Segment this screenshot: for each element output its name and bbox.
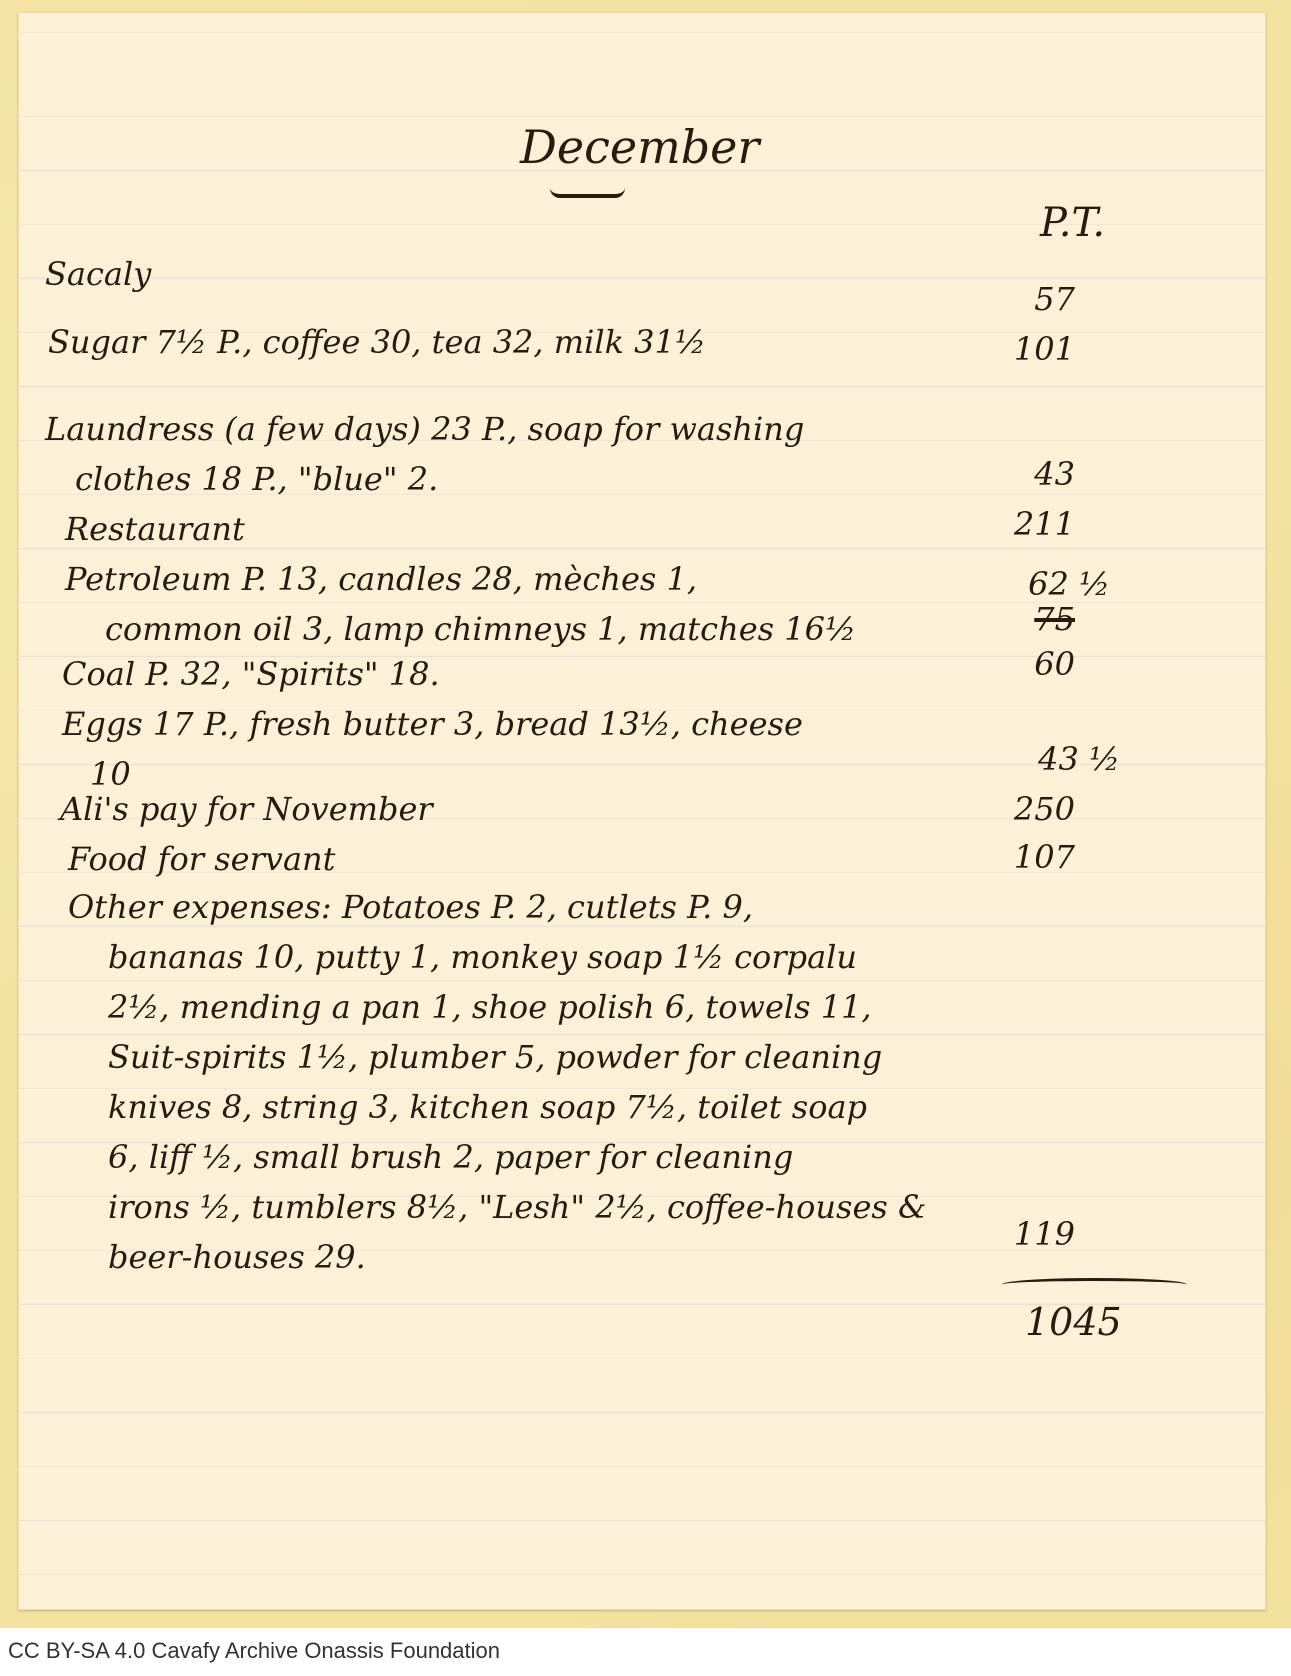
entry-amount: 57 [965,280,1075,318]
entry-text: irons ½, tumblers 8½, "Lesh" 2½, coffee-… [108,1188,926,1226]
entry-amount: 250 [965,790,1075,828]
entry-amount: 119 [965,1215,1075,1253]
entry-text: Food for servant [68,840,336,878]
currency-header: P.T. [1040,200,1105,246]
entry-text: 6, liff ½, small brush 2, paper for clea… [108,1138,793,1176]
entry-text: Coal P. 32, "Spirits" 18. [62,655,440,693]
entry-text: common oil 3, lamp chimneys 1, matches 1… [105,610,856,648]
license-caption: CC BY-SA 4.0 Cavafy Archive Onassis Foun… [8,1638,500,1664]
entry-amount: 43 [965,455,1075,493]
entry-text: knives 8, string 3, kitchen soap 7½, toi… [108,1088,867,1126]
entry-amount: 60 [965,645,1075,683]
entry-text: clothes 18 P., "blue" 2. [75,460,438,498]
entry-amount: 62 ½ [1000,565,1110,603]
entry-amount: 101 [965,330,1075,368]
entry-amount: 107 [965,838,1075,876]
entry-text: Suit-spirits 1½, plumber 5, powder for c… [108,1038,882,1076]
entry-text: beer-houses 29. [108,1238,366,1276]
entry-text: 10 [90,755,131,793]
entry-text: Ali's pay for November [60,790,433,828]
entry-text: 2½, mending a pan 1, shoe polish 6, towe… [108,988,872,1026]
entry-amount-struck: 75 [965,600,1075,638]
entry-text: bananas 10, putty 1, monkey soap 1½ corp… [108,938,857,976]
entry-amount: 211 [965,505,1075,543]
title-underline [550,188,625,198]
entry-text: Eggs 17 P., fresh butter 3, bread 13½, c… [62,705,803,743]
page-title: December [520,120,759,174]
entry-text: Sacaly [45,255,151,293]
entry-text: Restaurant [65,510,245,548]
entry-text: Petroleum P. 13, candles 28, mèches 1, [65,560,697,598]
entry-text: Other expenses: Potatoes P. 2, cutlets P… [68,888,753,926]
total-rule [1002,1278,1187,1291]
entry-text: Sugar 7½ P., coffee 30, tea 32, milk 31½ [48,323,706,361]
grand-total: 1045 [1025,1300,1122,1344]
entry-amount: 43 ½ [1010,740,1120,778]
entry-text: Laundress (a few days) 23 P., soap for w… [45,410,804,448]
